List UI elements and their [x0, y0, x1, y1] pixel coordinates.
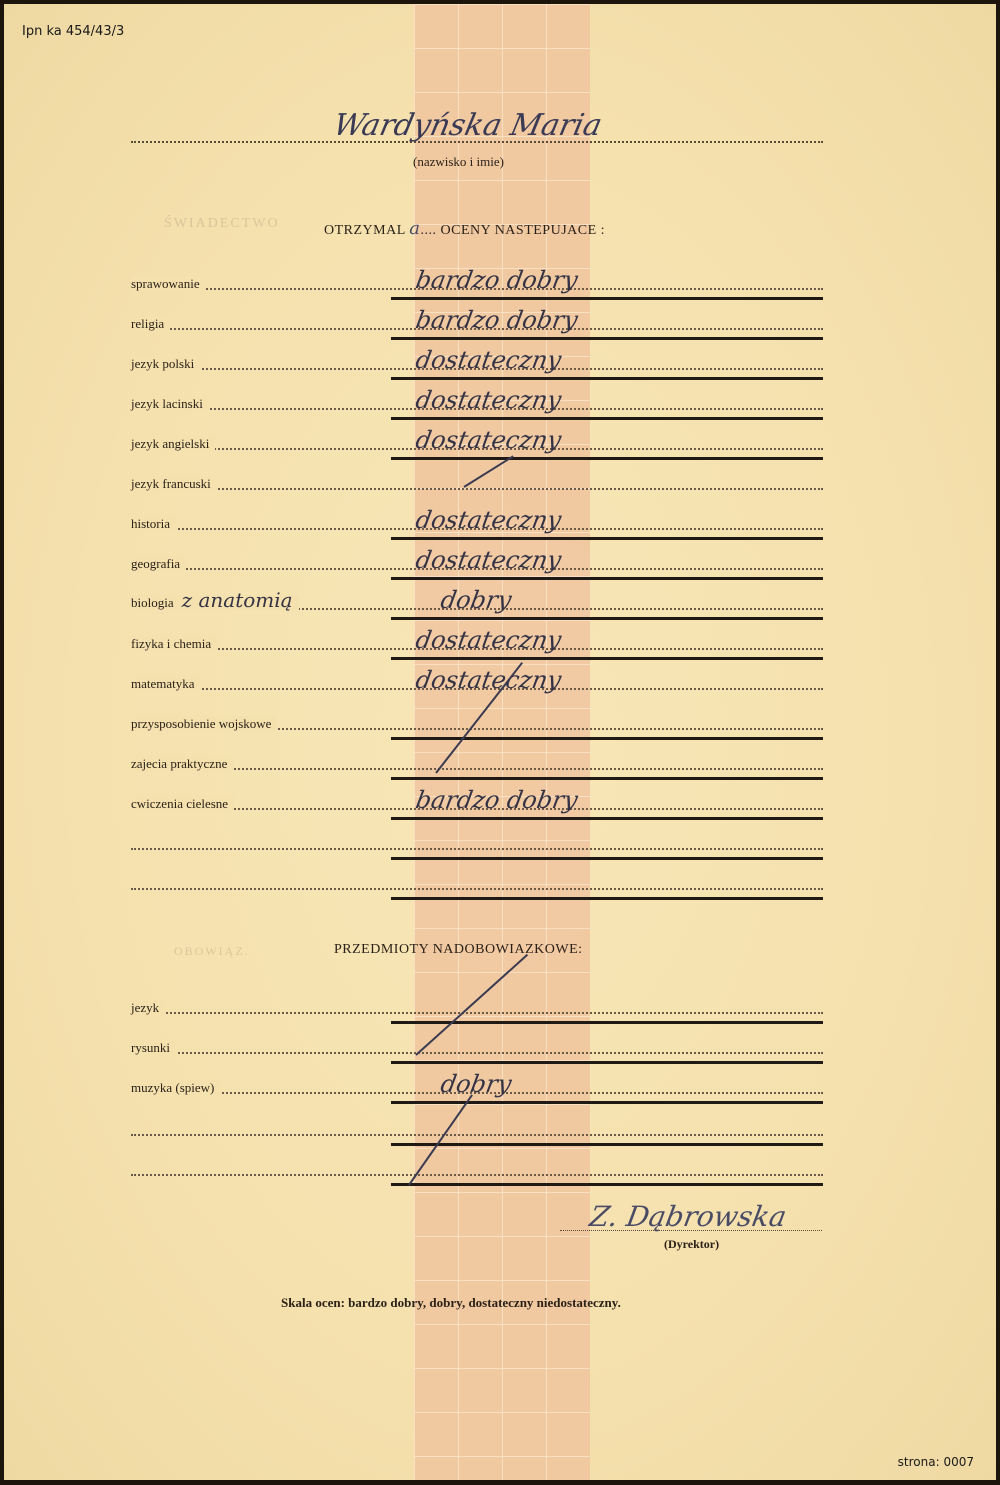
page-number: strona: 0007 [898, 1455, 974, 1469]
row-dots [131, 1012, 823, 1014]
row-dots [131, 1174, 823, 1176]
subject-label: przysposobienie wojskowe [131, 716, 277, 731]
row-dots [131, 1134, 823, 1136]
subject-label: jezyk francuski [131, 476, 217, 491]
optional-row-muzyka: muzyka (spiew) dobry [131, 1062, 823, 1102]
subject-grade: dostateczny [414, 666, 564, 694]
subject-label: fizyka i chemia [131, 636, 217, 651]
received-dots: .... [421, 223, 437, 238]
subject-row-jezyk-lacinski: jezyk lacinski dostateczny [131, 378, 823, 418]
subject-label: jezyk polski [131, 356, 200, 371]
director-signature: Z. Dąbrowska [587, 1200, 789, 1233]
subject-label: rysunki [131, 1040, 176, 1055]
subject-note-handwritten: z anatomią [182, 588, 293, 612]
row-dots [131, 1052, 823, 1054]
ghost-show-through-text: ŚWIADECTWO [164, 216, 280, 232]
subject-grade: dostateczny [414, 346, 564, 374]
subject-label: jezyk lacinski [131, 396, 209, 411]
subject-row-blank-2 [131, 858, 823, 898]
subject-label: zajecia praktyczne [131, 756, 233, 771]
subject-label: jezyk [131, 1000, 165, 1015]
subject-label: religia [131, 316, 170, 331]
signature-dotted-line [560, 1230, 822, 1231]
received-suffix: OCENY NASTEPUJACE : [441, 223, 606, 238]
subject-row-zajecia-praktyczne: zajecia praktyczne [131, 738, 823, 778]
optional-row-rysunki: rysunki [131, 1022, 823, 1062]
subject-grade: dostateczny [414, 506, 564, 534]
subject-row-historia: historia dostateczny [131, 498, 823, 538]
grade-rule [391, 897, 823, 900]
subject-grade: dostateczny [414, 386, 564, 414]
subject-label: sprawowanie [131, 276, 206, 291]
subject-row-religia: religia bardzo dobry [131, 298, 823, 338]
signature-caption: (Dyrektor) [664, 1237, 719, 1252]
subject-grade: dostateczny [414, 546, 564, 574]
optional-subjects-heading: PRZEDMIOTY NADOBOWIAZKOWE: [334, 942, 583, 958]
subject-label: muzyka (spiew) [131, 1080, 220, 1095]
subject-grade: dostateczny [414, 426, 564, 454]
optional-row-blank-2 [131, 1144, 823, 1184]
received-handwritten-a: a [409, 218, 420, 239]
row-dots [131, 848, 823, 850]
ghost-show-through-text: OBOWIĄZ. [174, 944, 250, 959]
name-caption: (nazwisko i imie) [413, 154, 504, 170]
subject-label: jezyk angielski [131, 436, 215, 451]
subject-row-geografia: geografia dostateczny [131, 538, 823, 578]
row-dots [131, 888, 823, 890]
received-prefix: OTRZYMAL [324, 223, 405, 238]
subject-label: matematyka [131, 676, 201, 691]
subject-label: biologia [131, 595, 174, 610]
subject-grade: bardzo dobry [414, 266, 580, 294]
row-dots [131, 488, 823, 490]
certificate-page: Ipn ka 454/43/3 Wardyńska Maria (nazwisk… [4, 4, 996, 1480]
archive-reference: Ipn ka 454/43/3 [22, 24, 124, 39]
subject-grade: dobry [439, 586, 514, 614]
subject-label: historia [131, 516, 176, 531]
subject-row-sprawowanie: sprawowanie bardzo dobry [131, 258, 823, 298]
grade-rule [391, 1183, 823, 1186]
subject-row-jezyk-polski: jezyk polski dostateczny [131, 338, 823, 378]
subject-grade: dostateczny [414, 626, 564, 654]
subject-label: cwiczenia cielesne [131, 796, 234, 811]
row-dots [131, 768, 823, 770]
grading-scale: Skala ocen: bardzo dobry, dobry, dostate… [281, 1295, 621, 1311]
subject-row-biologia: biologiaz anatomią dobry [131, 578, 823, 618]
optional-row-jezyk: jezyk [131, 982, 823, 1022]
subject-row-cwiczenia-cielesne: cwiczenia cielesne bardzo dobry [131, 778, 823, 818]
optional-row-blank-1 [131, 1104, 823, 1144]
subject-row-blank-1 [131, 818, 823, 858]
subject-grade: dobry [439, 1070, 514, 1098]
subject-row-fizyka-i-chemia: fizyka i chemia dostateczny [131, 618, 823, 658]
student-name: Wardyńska Maria [330, 108, 605, 143]
subject-grade: bardzo dobry [414, 786, 580, 814]
received-heading: OTRZYMAL a.... OCENY NASTEPUJACE : [324, 218, 605, 239]
subject-row-matematyka: matematyka dostateczny [131, 658, 823, 698]
name-dotted-line [131, 141, 823, 143]
subject-row-jezyk-angielski: jezyk angielski dostateczny [131, 418, 823, 458]
subject-grade: bardzo dobry [414, 306, 580, 334]
subject-label: geografia [131, 556, 186, 571]
